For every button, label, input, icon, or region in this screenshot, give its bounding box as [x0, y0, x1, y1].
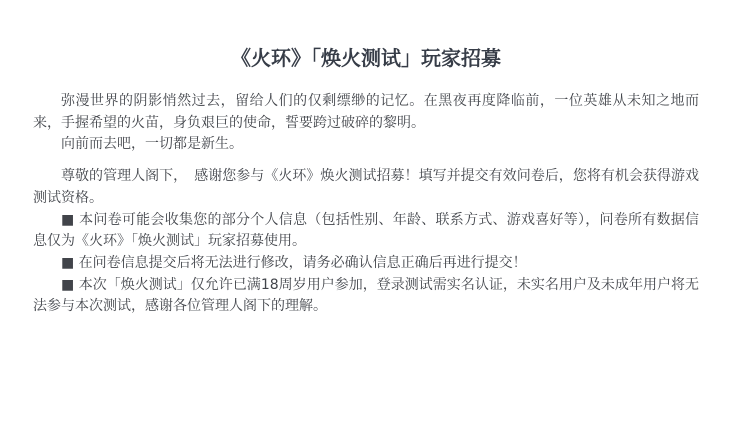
- page-title: 《火环》「焕火测试」玩家招募: [33, 44, 699, 72]
- story-paragraph-2: 向前而去吧，一切都是新生。: [33, 134, 699, 156]
- greeting-paragraph: 尊敬的管理人阁下， 感谢您参与《火环》焕火测试招募！填写并提交有效问卷后，您将有…: [33, 166, 699, 209]
- story-paragraph-1: 弥漫世界的阴影悄然过去，留给人们的仅剩缥缈的记忆。在黑夜再度降临前，一位英雄从未…: [33, 91, 699, 134]
- notice-bullet-no-edit: ■ 在问卷信息提交后将无法进行修改，请务必确认信息正确后再进行提交！: [33, 253, 699, 275]
- notice-bullet-age-limit: ■ 本次「焕火测试」仅允许已满18周岁用户参加，登录测试需实名认证，未实名用户及…: [33, 275, 699, 318]
- notice-bullet-privacy: ■ 本问卷可能会收集您的部分个人信息（包括性别、年龄、联系方式、游戏喜好等），问…: [33, 210, 699, 253]
- intro-text-block: 弥漫世界的阴影悄然过去，留给人们的仅剩缥缈的记忆。在黑夜再度降临前，一位英雄从未…: [33, 91, 699, 318]
- survey-intro-page: 《火环》「焕火测试」玩家招募 弥漫世界的阴影悄然过去，留给人们的仅剩缥缈的记忆。…: [0, 0, 732, 421]
